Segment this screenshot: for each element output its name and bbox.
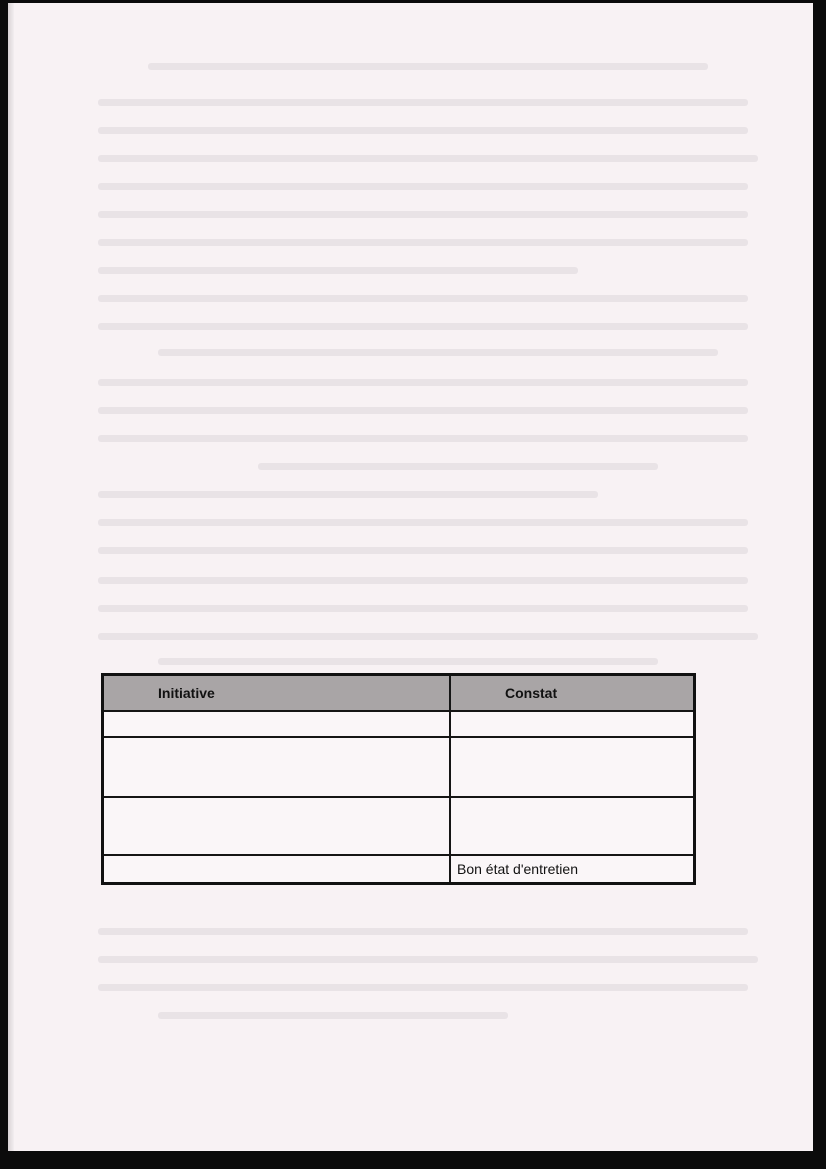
table-row <box>103 797 695 855</box>
cell-initiative <box>103 711 451 737</box>
cell-initiative <box>103 797 451 855</box>
cell-constat: Bon état d'entretien <box>450 855 695 884</box>
cell-initiative <box>103 737 451 797</box>
header-initiative: Initiative <box>103 675 451 712</box>
table-header-row: Initiative Constat <box>103 675 695 712</box>
header-constat: Constat <box>450 675 695 712</box>
cell-constat <box>450 797 695 855</box>
table-row <box>103 737 695 797</box>
cell-initiative <box>103 855 451 884</box>
cell-constat <box>450 711 695 737</box>
table-row: Bon état d'entretien <box>103 855 695 884</box>
table-row <box>103 711 695 737</box>
initiative-table: Initiative Constat Bon état d'entretien <box>101 673 696 885</box>
scanned-page: Initiative Constat Bon état d'entretien <box>8 3 813 1151</box>
cell-constat <box>450 737 695 797</box>
